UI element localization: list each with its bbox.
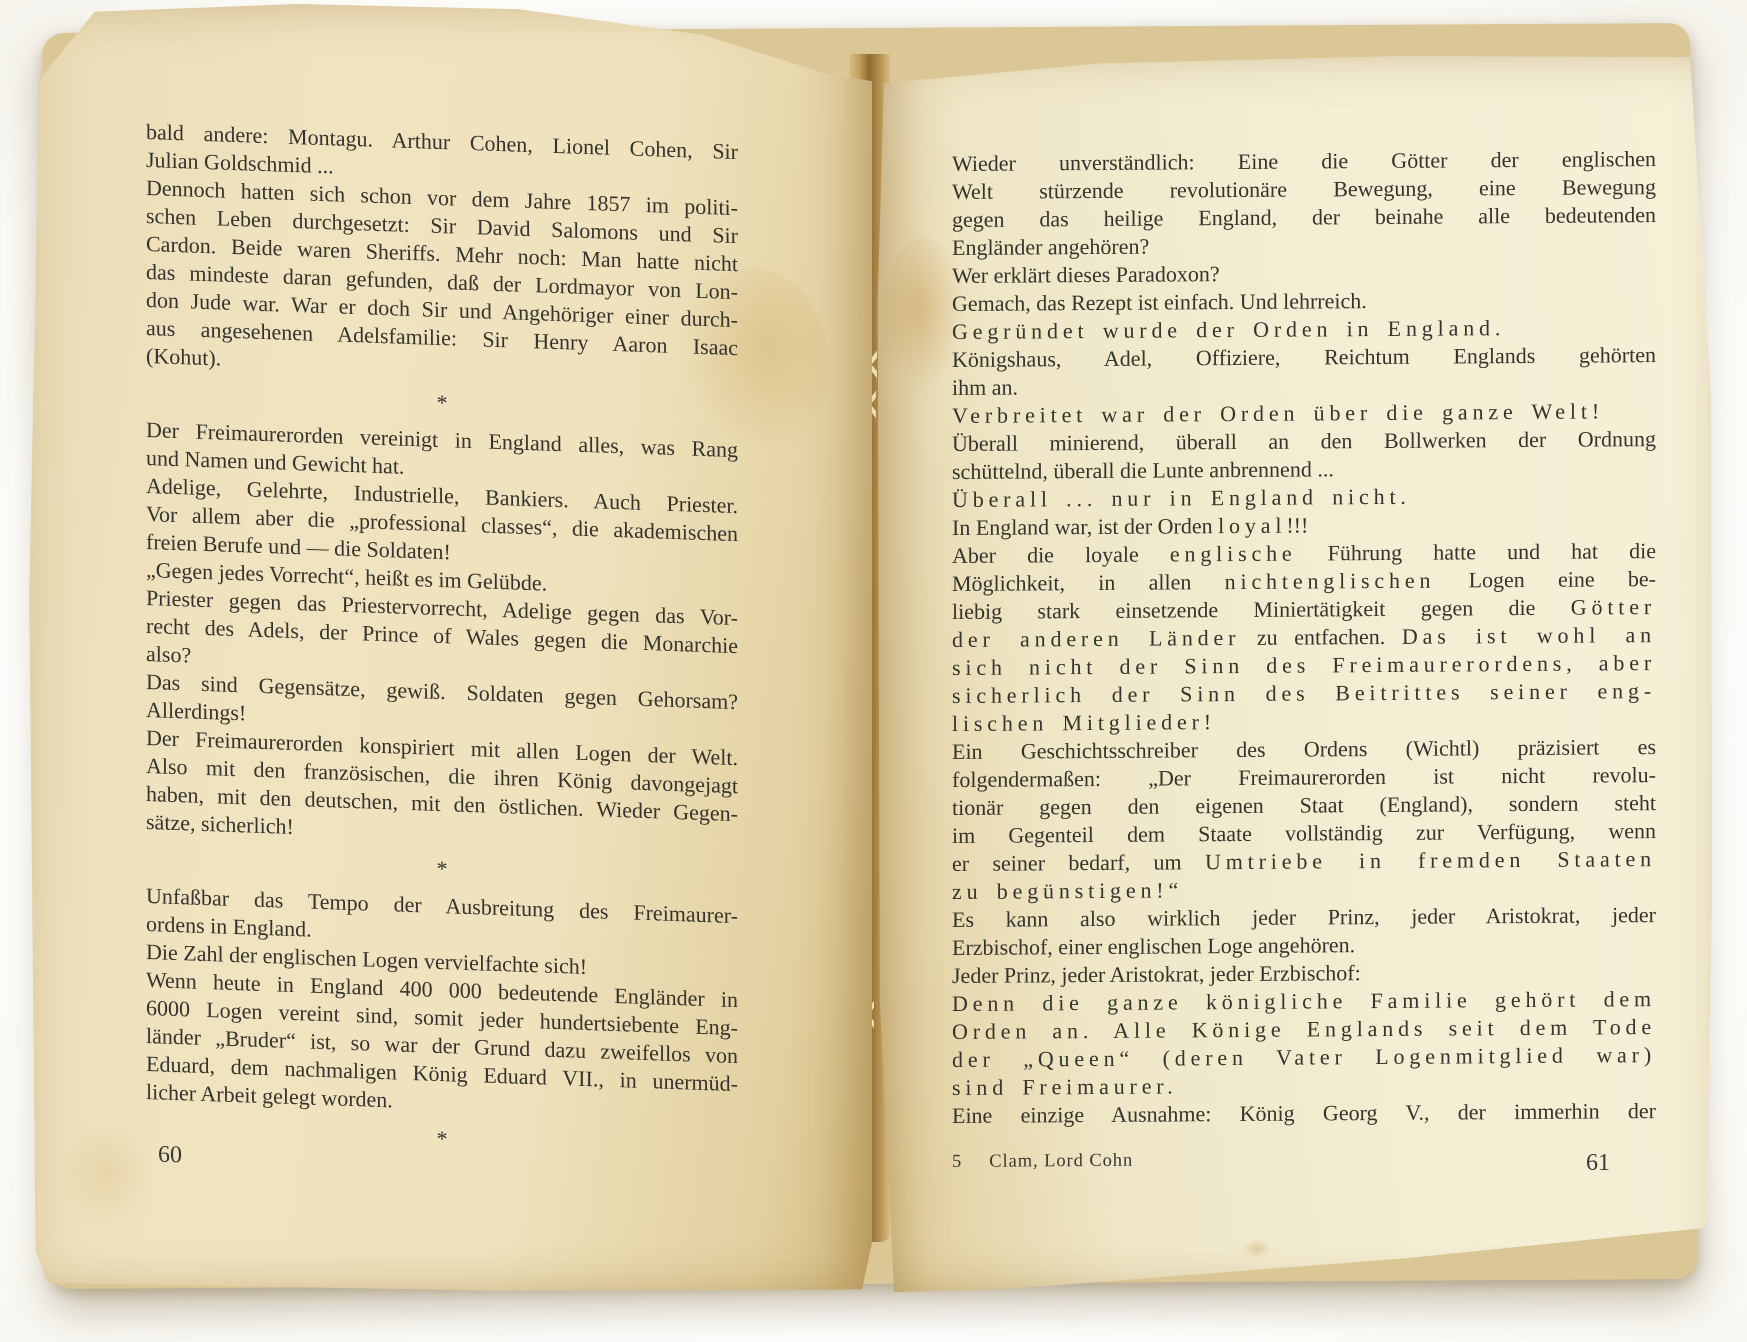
page-number-left: 60: [158, 1142, 182, 1170]
text-line: Es kann also wirklich jeder Prinz, jeder…: [952, 901, 1656, 934]
text-line: er seiner bedarf, um Umtriebe in fremden…: [952, 845, 1656, 878]
footnote-text: Clam, Lord Cohn: [989, 1151, 1133, 1172]
text-line: gegen das heilige England, der beinahe a…: [952, 201, 1656, 234]
photo-background: bald andere: Montagu. Arthur Cohen, Lion…: [0, 0, 1747, 1342]
text-line: Überall minierend, überall an den Bollwe…: [952, 425, 1656, 458]
text-line: der „Queen“ (deren Vater Logenmitglied w…: [952, 1041, 1656, 1074]
footnote: 5Clam, Lord Cohn: [952, 1143, 1656, 1176]
text-line: Eine einzige Ausnahme: König Georg V., d…: [952, 1097, 1656, 1130]
right-page-text: Wieder unverständlich: Eine die Götter d…: [952, 145, 1656, 1176]
text-line: sicherlich der Sinn des Beitrittes seine…: [952, 677, 1656, 710]
left-page-text: bald andere: Montagu. Arthur Cohen, Lion…: [146, 118, 738, 1172]
footnote-marker: 5: [952, 1152, 961, 1172]
right-page-lines: Wieder unverständlich: Eine die Götter d…: [952, 145, 1656, 1130]
text-line: Königshaus, Adel, Offiziere, Reichtum En…: [952, 341, 1656, 374]
page-number-right: 61: [1586, 1150, 1610, 1177]
